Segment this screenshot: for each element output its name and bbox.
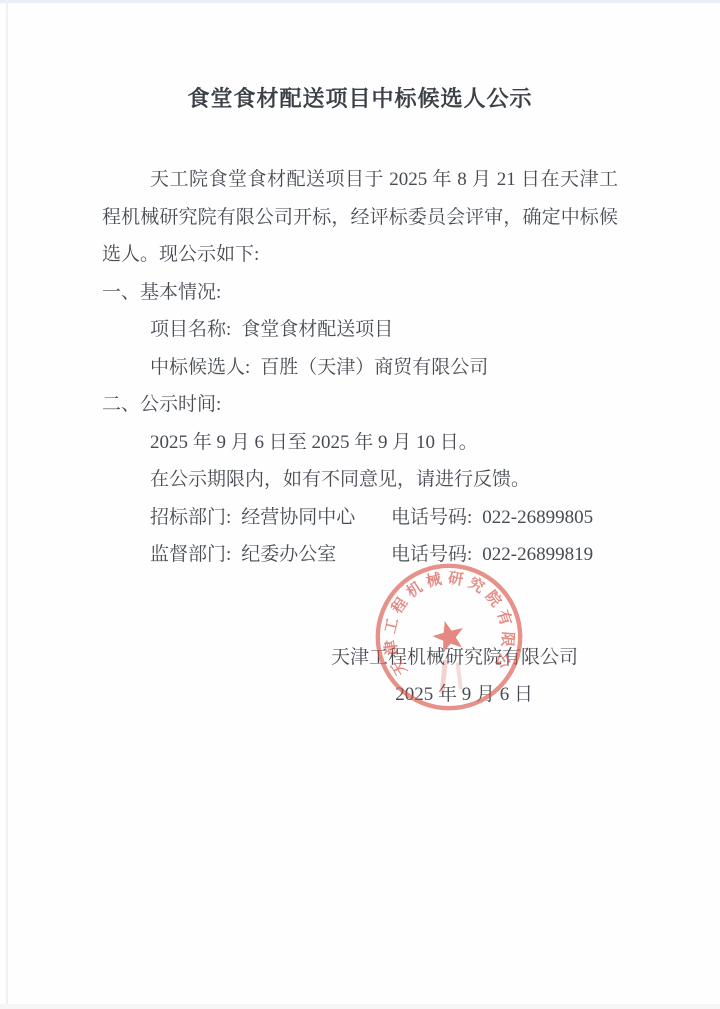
tender-phone-number: 022-26899805 bbox=[482, 507, 593, 528]
tender-contact-row: 招标部门:经营协同中心 电话号码:022-26899805 bbox=[102, 499, 618, 537]
supervision-phone: 电话号码:022-26899819 bbox=[391, 536, 593, 574]
tender-dept-name: 经营协同中心 bbox=[241, 507, 355, 528]
signature-company: 天津工程机械研究院有限公司 bbox=[102, 639, 618, 677]
winner-value: 百胜（天津）商贸有限公司 bbox=[260, 357, 488, 378]
document-page: 食堂食材配送项目中标候选人公示 天工院食堂食材配送项目于 2025 年 8 月 … bbox=[0, 0, 720, 1009]
page-title: 食堂食材配送项目中标候选人公示 bbox=[102, 82, 618, 116]
tender-dept: 招标部门:经营协同中心 bbox=[150, 499, 391, 537]
project-name-label: 项目名称: bbox=[150, 319, 231, 340]
supervision-dept-label: 监督部门: bbox=[150, 544, 231, 565]
intro-paragraph: 天工院食堂食材配送项目于 2025 年 8 月 21 日在天津工程机械研究院有限… bbox=[102, 161, 618, 274]
project-name-line: 项目名称:食堂食材配送项目 bbox=[102, 311, 618, 349]
winner-line: 中标候选人:百胜（天津）商贸有限公司 bbox=[102, 349, 618, 387]
scan-edge-bottom bbox=[0, 1004, 720, 1009]
tender-phone-label: 电话号码: bbox=[391, 507, 472, 528]
supervision-dept-name: 纪委办公室 bbox=[241, 544, 336, 565]
supervision-contact-row: 监督部门:纪委办公室 电话号码:022-26899819 bbox=[102, 536, 618, 574]
feedback-line: 在公示期限内，如有不同意见，请进行反馈。 bbox=[102, 461, 618, 499]
tender-phone: 电话号码:022-26899805 bbox=[391, 499, 593, 537]
section-1-heading: 一、基本情况: bbox=[102, 274, 618, 312]
document-content: 食堂食材配送项目中标候选人公示 天工院食堂食材配送项目于 2025 年 8 月 … bbox=[0, 82, 720, 714]
supervision-dept: 监督部门:纪委办公室 bbox=[150, 536, 391, 574]
supervision-phone-label: 电话号码: bbox=[391, 544, 472, 565]
section-2-heading: 二、公示时间: bbox=[102, 386, 618, 424]
supervision-phone-number: 022-26899819 bbox=[482, 544, 593, 565]
signature-date: 2025 年 9 月 6 日 bbox=[102, 676, 618, 714]
publicity-period-line: 2025 年 9 月 6 日至 2025 年 9 月 10 日。 bbox=[102, 424, 618, 462]
signature-block: 天津工程机械研究院有限公司 2025 年 9 月 6 日 bbox=[102, 639, 618, 714]
document-body: 天工院食堂食材配送项目于 2025 年 8 月 21 日在天津工程机械研究院有限… bbox=[102, 161, 618, 574]
winner-label: 中标候选人: bbox=[150, 357, 250, 378]
tender-dept-label: 招标部门: bbox=[150, 507, 231, 528]
scan-edge-top bbox=[0, 0, 720, 3]
project-name-value: 食堂食材配送项目 bbox=[241, 319, 393, 340]
